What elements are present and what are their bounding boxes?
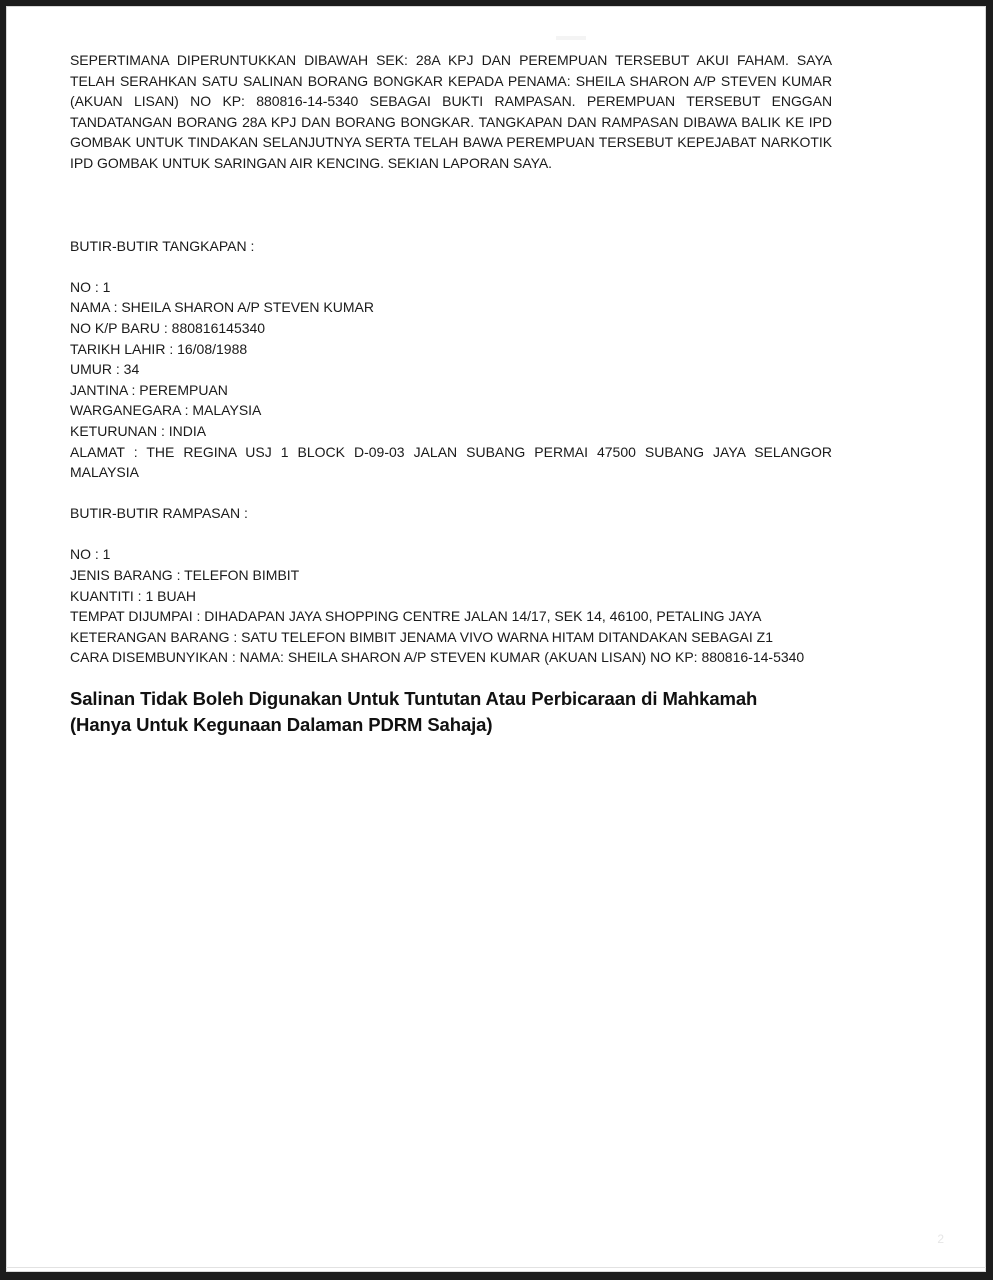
arrest-line-ic-number: NO K/P BARU : 880816145340 bbox=[70, 318, 832, 339]
faded-header-mark bbox=[556, 36, 586, 40]
arrest-details-title: BUTIR-BUTIR TANGKAPAN : bbox=[70, 236, 832, 257]
arrest-line-no: NO : 1 bbox=[70, 277, 832, 298]
spacer bbox=[70, 524, 832, 545]
arrest-line-gender: JANTINA : PEREMPUAN bbox=[70, 380, 832, 401]
notice-line-1: Salinan Tidak Boleh Digunakan Untuk Tunt… bbox=[70, 686, 832, 712]
seizure-line-location-found: TEMPAT DIJUMPAI : DIHADAPAN JAYA SHOPPIN… bbox=[70, 606, 832, 627]
report-body-paragraph: SEPERTIMANA DIPERUNTUKKAN DIBAWAH SEK: 2… bbox=[70, 50, 832, 174]
seizure-details-title: BUTIR-BUTIR RAMPASAN : bbox=[70, 503, 832, 524]
arrest-line-ethnicity: KETURUNAN : INDIA bbox=[70, 421, 832, 442]
arrest-line-citizenship: WARGANEGARA : MALAYSIA bbox=[70, 400, 832, 421]
arrest-line-age: UMUR : 34 bbox=[70, 359, 832, 380]
seizure-line-item-description: KETERANGAN BARANG : SATU TELEFON BIMBIT … bbox=[70, 627, 832, 648]
arrest-line-name: NAMA : SHEILA SHARON A/P STEVEN KUMAR bbox=[70, 297, 832, 318]
seizure-line-quantity: KUANTITI : 1 BUAH bbox=[70, 586, 832, 607]
seizure-line-concealment: CARA DISEMBUNYIKAN : NAMA: SHEILA SHARON… bbox=[70, 647, 832, 668]
page-bottom-rule bbox=[6, 1267, 986, 1268]
seizure-line-no: NO : 1 bbox=[70, 544, 832, 565]
page-number: 2 bbox=[937, 1232, 944, 1246]
document-content: SEPERTIMANA DIPERUNTUKKAN DIBAWAH SEK: 2… bbox=[70, 50, 832, 738]
arrest-line-address: ALAMAT : THE REGINA USJ 1 BLOCK D-09-03 … bbox=[70, 442, 832, 483]
seizure-details-section: BUTIR-BUTIR RAMPASAN : NO : 1 JENIS BARA… bbox=[70, 503, 832, 668]
spacer bbox=[70, 256, 832, 277]
notice-line-2: (Hanya Untuk Kegunaan Dalaman PDRM Sahaj… bbox=[70, 712, 832, 738]
arrest-line-date-of-birth: TARIKH LAHIR : 16/08/1988 bbox=[70, 339, 832, 360]
spacer bbox=[70, 174, 832, 236]
arrest-details-section: BUTIR-BUTIR TANGKAPAN : NO : 1 NAMA : SH… bbox=[70, 236, 832, 483]
spacer bbox=[70, 483, 832, 504]
seizure-line-item-type: JENIS BARANG : TELEFON BIMBIT bbox=[70, 565, 832, 586]
document-page: SEPERTIMANA DIPERUNTUKKAN DIBAWAH SEK: 2… bbox=[6, 6, 986, 1272]
usage-restriction-notice: Salinan Tidak Boleh Digunakan Untuk Tunt… bbox=[70, 686, 832, 738]
